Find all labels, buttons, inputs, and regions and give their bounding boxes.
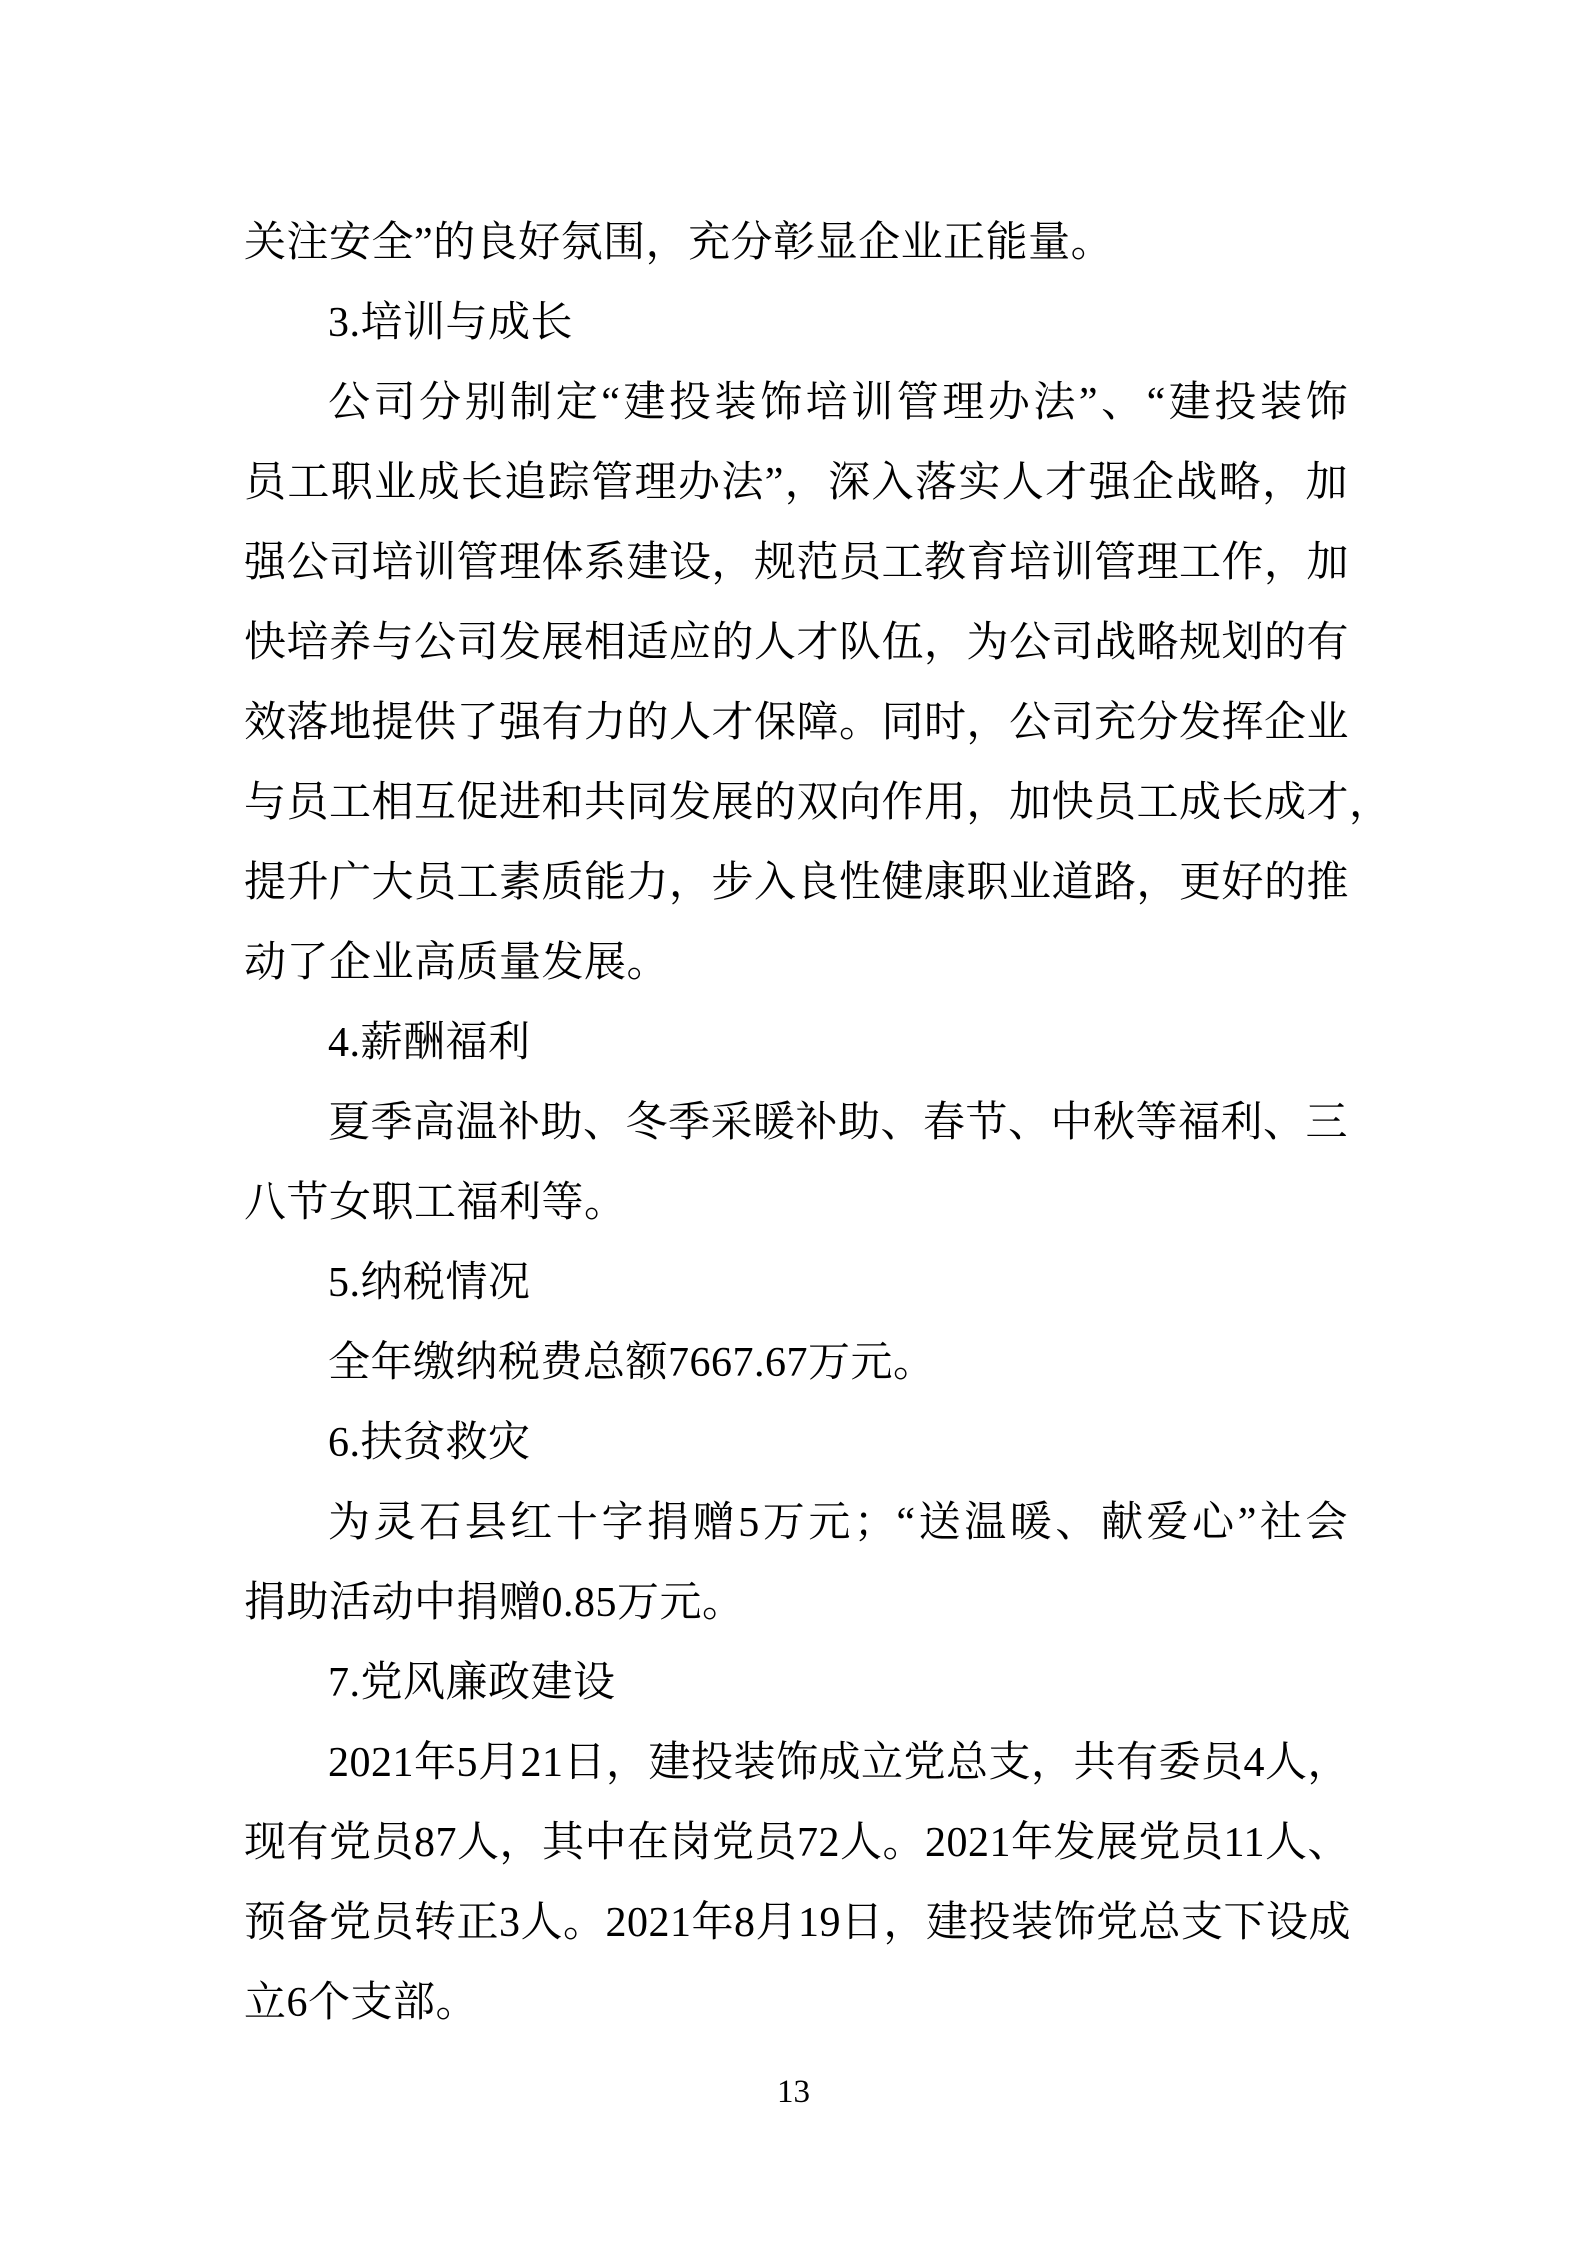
body-text-line: 与员工相互促进和共同发展的双向作用，加快员工成长成才， [244,763,1348,843]
body-text-line: 全年缴纳税费总额7667.67万元。 [244,1323,1348,1403]
body-text-line: 员工职业成长追踪管理办法”，深入落实人才强企战略，加 [244,443,1348,523]
document-page: 关注安全”的良好氛围，充分彰显企业正能量。 3.培训与成长 公司分别制定“建投装… [0,0,1587,2245]
page-number: 13 [0,2072,1587,2112]
section-heading-line: 4.薪酬福利 [244,1003,1348,1083]
body-text-line: 公司分别制定“建投装饰培训管理办法”、“建投装饰 [244,363,1348,443]
body-text-line: 提升广大员工素质能力，步入良性健康职业道路，更好的推 [244,843,1348,923]
section-heading-line: 6.扶贫救灾 [244,1403,1348,1483]
section-heading-line: 3.培训与成长 [244,283,1348,363]
body-text-line: 八节女职工福利等。 [244,1163,1348,1243]
body-text-line: 强公司培训管理体系建设，规范员工教育培训管理工作，加 [244,523,1348,603]
document-body: 关注安全”的良好氛围，充分彰显企业正能量。 3.培训与成长 公司分别制定“建投装… [244,203,1348,2043]
body-text-line: 为灵石县红十字捐赠5万元；“送温暖、献爱心”社会 [244,1483,1348,1563]
body-text-line: 快培养与公司发展相适应的人才队伍，为公司战略规划的有 [244,603,1348,683]
body-text-line: 夏季高温补助、冬季采暖补助、春节、中秋等福利、三 [244,1083,1348,1163]
body-text-line: 现有党员87人，其中在岗党员72人。2021年发展党员11人、 [244,1803,1348,1883]
body-text-line: 2021年5月21日，建投装饰成立党总支，共有委员4人， [244,1723,1348,1803]
section-heading-line: 7.党风廉政建设 [244,1643,1348,1723]
body-text-line: 动了企业高质量发展。 [244,923,1348,1003]
body-text-line: 捐助活动中捐赠0.85万元。 [244,1563,1348,1643]
body-text-line: 关注安全”的良好氛围，充分彰显企业正能量。 [244,203,1348,283]
body-text-line: 预备党员转正3人。2021年8月19日，建投装饰党总支下设成 [244,1883,1348,1963]
section-heading-line: 5.纳税情况 [244,1243,1348,1323]
body-text-line: 立6个支部。 [244,1963,1348,2043]
body-text-line: 效落地提供了强有力的人才保障。同时，公司充分发挥企业 [244,683,1348,763]
